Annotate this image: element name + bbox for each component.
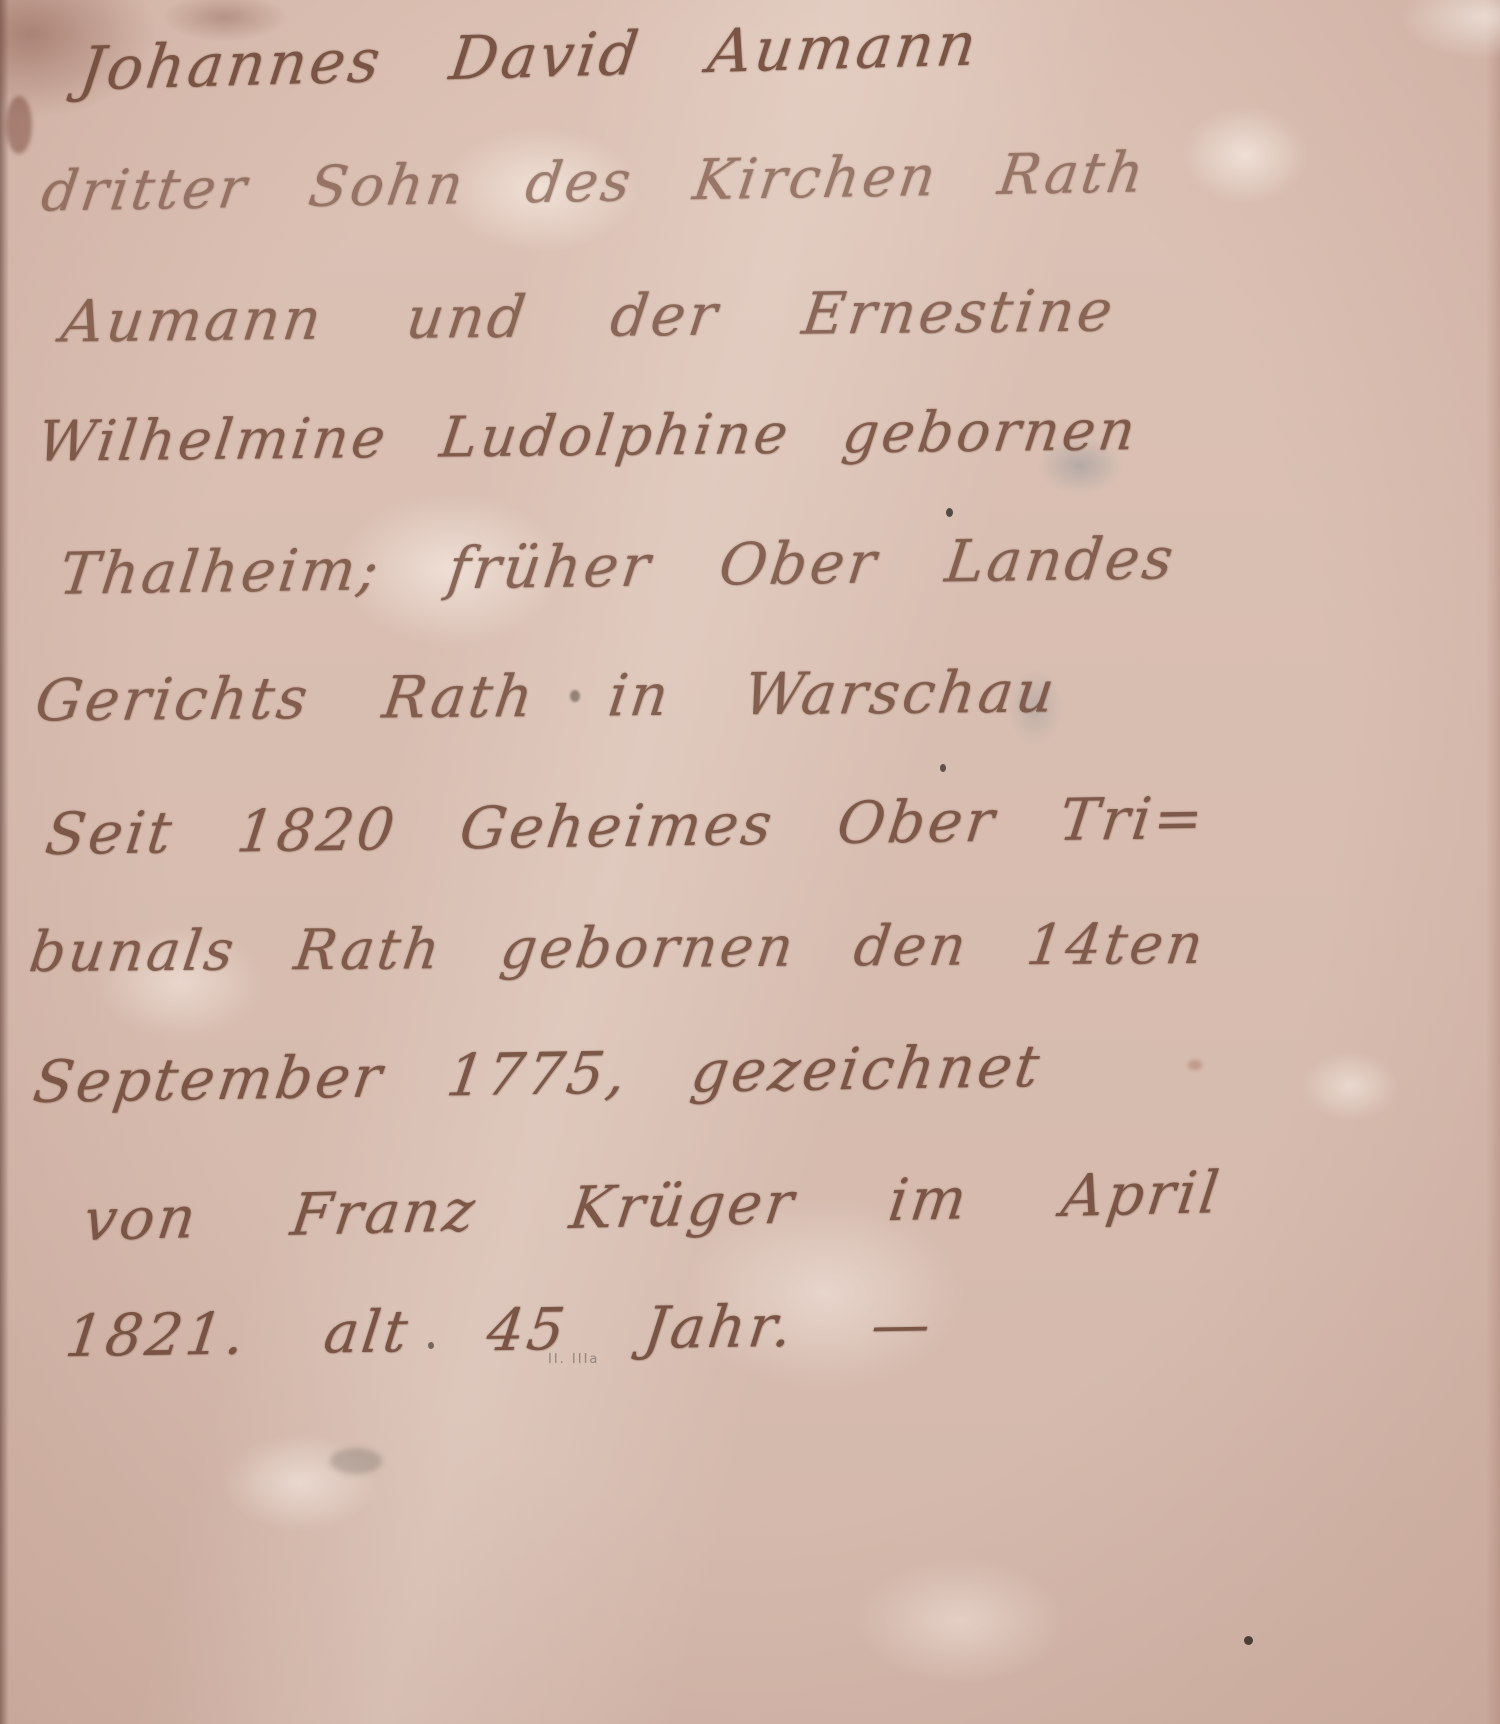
stain-smudge [1188, 1060, 1202, 1070]
manuscript-line-9: September 1775, gezeichnet [29, 1032, 1046, 1116]
ink-speck [1244, 1636, 1253, 1645]
manuscript-line-3: Aumann und der Ernestine [58, 276, 1120, 355]
stain-smudge [330, 1448, 382, 1474]
edge-stain [6, 96, 32, 154]
manuscript-line-8: bunals Rath gebornen den 14ten [26, 912, 1210, 985]
manuscript-line-6: Gerichts Rath in Warschau [32, 658, 1062, 735]
manuscript-line-4: Wilhelmine Ludolphine gebornen [34, 398, 1142, 475]
ink-speck [946, 508, 953, 517]
manuscript-line-10: von Franz Krüger im April [80, 1158, 1226, 1254]
manuscript-line-1: Johannes David Aumann [76, 9, 983, 104]
manuscript-line-2: dritter Sohn des Kirchen Rath [38, 140, 1151, 224]
manuscript-line-5: Thalheim; früher Ober Landes [56, 524, 1180, 608]
inventory-stamp-text: II. IIIa [548, 1352, 599, 1367]
manuscript-page: Johannes David Aumann dritter Sohn des K… [0, 0, 1500, 1724]
ink-speck [428, 1342, 434, 1349]
manuscript-line-11: 1821. alt 45 Jahr. — [62, 1290, 938, 1370]
ink-speck [570, 690, 580, 702]
manuscript-line-7: Seit 1820 Geheimes Ober Tri= [42, 784, 1210, 868]
ink-speck [940, 764, 946, 772]
